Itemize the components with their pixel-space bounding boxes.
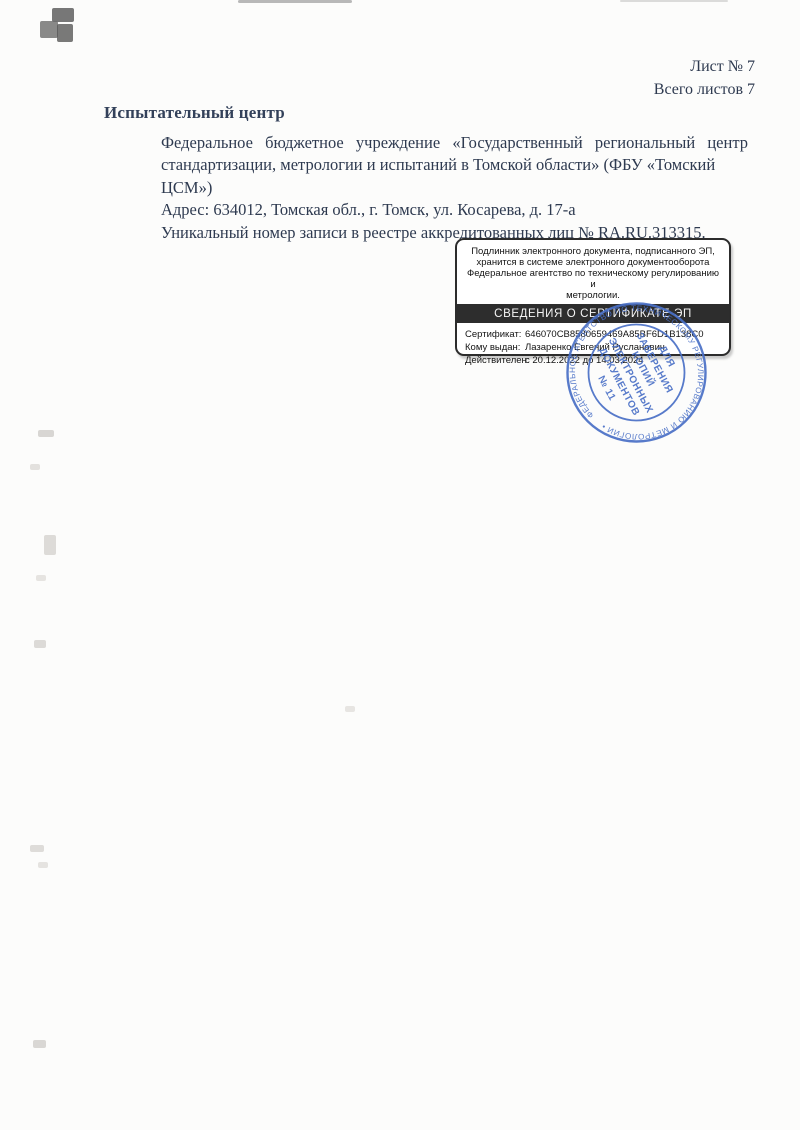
section-title: Испытательный центр: [104, 103, 285, 123]
scan-artifact-corner-blob: [40, 21, 58, 38]
issued-to-label: Кому выдан:: [465, 341, 525, 354]
validity-label: Действителен:: [465, 354, 525, 367]
scan-artifact-smudge: [345, 706, 355, 712]
total-sheets: Всего листов 7: [455, 78, 755, 101]
scan-artifact-smudge: [44, 535, 56, 555]
scan-artifact-smudge: [33, 1040, 46, 1048]
body-paragraph: Федеральное бюджетное учреждение «Госуда…: [161, 132, 748, 244]
scan-artifact-corner-blob: [52, 8, 74, 22]
scan-artifact-smudge: [30, 845, 44, 852]
scan-artifact-smudge: [38, 862, 48, 868]
org-name-line-1: Федеральное бюджетное учреждение «Госуда…: [161, 132, 748, 154]
scan-artifact-corner-blob: [57, 24, 73, 42]
scan-artifact-top-line: [620, 0, 728, 2]
sheet-numbering: Лист № 7 Всего листов 7: [455, 55, 755, 101]
address-line: Адрес: 634012, Томская обл., г. Томск, у…: [161, 199, 748, 221]
scan-artifact-top-line: [238, 0, 352, 3]
certificate-label: Сертификат:: [465, 328, 525, 341]
scan-artifact-smudge: [34, 640, 46, 648]
org-name-line-2: стандартизации, метрологии и испытаний в…: [161, 154, 748, 199]
sheet-number: Лист № 7: [455, 55, 755, 78]
agency-round-stamp: ФЕДЕРАЛЬНОЕ АГЕНТСТВО ПО ТЕХНИЧЕСКОМУ РЕ…: [554, 290, 719, 455]
scan-artifact-smudge: [38, 430, 54, 437]
scan-artifact-smudge: [36, 575, 46, 581]
scan-artifact-smudge: [30, 464, 40, 470]
